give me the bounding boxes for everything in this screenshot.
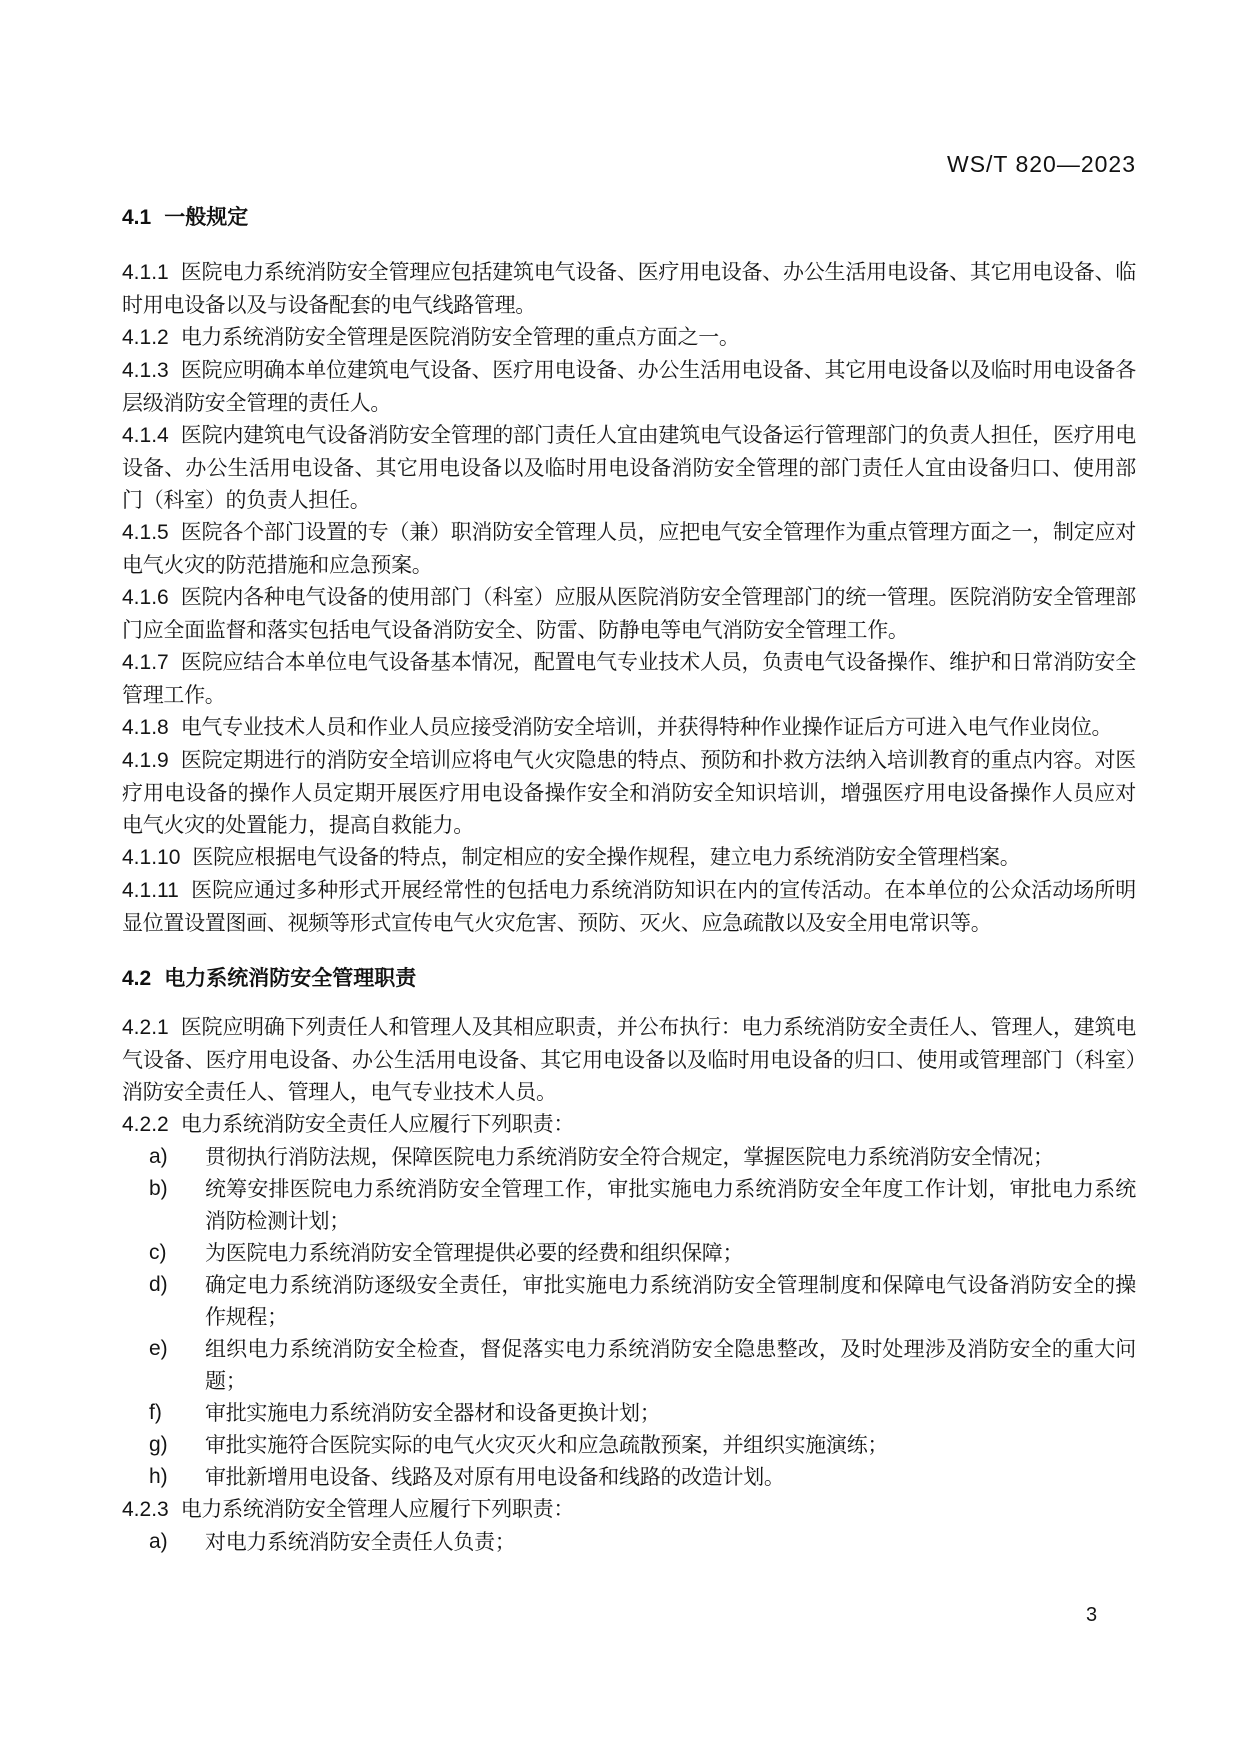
list-item-label: d) [122,1269,205,1333]
list-item-text: 组织电力系统消防安全检查，督促落实电力系统消防安全隐患整改，及时处理涉及消防安全… [205,1333,1136,1397]
clause-text: 医院各个部门设置的专（兼）职消防安全管理人员，应把电气安全管理作为重点管理方面之… [122,520,1136,577]
clause-text: 电力系统消防安全管理是医院消防安全管理的重点方面之一。 [181,325,740,349]
clause-number: 4.1.10 [122,846,180,869]
clause-number: 4.2.2 [122,1113,169,1136]
list-item-label: a) [122,1141,205,1173]
clause-4-1-3: 4.1.3医院应明确本单位建筑电气设备、医疗用电设备、办公生活用电设备、其它用电… [122,354,1136,419]
section-number: 4.2 [122,967,151,990]
list-item-text: 对电力系统消防安全责任人负责； [205,1526,1136,1558]
clause-4-2-2: 4.2.2电力系统消防安全责任人应履行下列职责： [122,1108,1136,1141]
clause-4-1-8: 4.1.8电气专业技术人员和作业人员应接受消防安全培训，并获得特种作业操作证后方… [122,711,1136,744]
section-heading-4-1: 4.1一般规定 [122,204,1136,232]
clause-4-1-11: 4.1.11医院应通过多种形式开展经常性的包括电力系统消防知识在内的宣传活动。在… [122,874,1136,939]
list-item-a: a)贯彻执行消防法规，保障医院电力系统消防安全符合规定，掌握医院电力系统消防安全… [122,1141,1136,1173]
list-item-e: e)组织电力系统消防安全检查，督促落实电力系统消防安全隐患整改，及时处理涉及消防… [122,1333,1136,1397]
clause-4-2-1: 4.2.1医院应明确下列责任人和管理人及其相应职责，并公布执行：电力系统消防安全… [122,1011,1136,1108]
clause-text: 医院应根据电气设备的特点，制定相应的安全操作规程，建立电力系统消防安全管理档案。 [192,845,1020,869]
list-item-b: b)统筹安排医院电力系统消防安全管理工作，审批实施电力系统消防安全年度工作计划，… [122,1173,1136,1237]
clause-text: 医院内各种电气设备的使用部门（科室）应服从医院消防安全管理部门的统一管理。医院消… [122,585,1136,642]
list-item-a2: a)对电力系统消防安全责任人负责； [122,1526,1136,1558]
list-item-label: b) [122,1173,205,1237]
clause-4-1-9: 4.1.9医院定期进行的消防安全培训应将电气火灾隐患的特点、预防和扑救方法纳入培… [122,744,1136,841]
clause-text: 医院内建筑电气设备消防安全管理的部门责任人宜由建筑电气设备运行管理部门的负责人担… [122,423,1136,512]
list-item-label: e) [122,1333,205,1397]
list-item-text: 确定电力系统消防逐级安全责任，审批实施电力系统消防安全管理制度和保障电气设备消防… [205,1269,1136,1333]
clause-number: 4.1.3 [122,359,169,382]
clause-number: 4.1.9 [122,749,169,772]
clause-number: 4.1.7 [122,651,169,674]
clause-number: 4.1.4 [122,424,169,447]
clause-text: 医院电力系统消防安全管理应包括建筑电气设备、医疗用电设备、办公生活用电设备、其它… [122,260,1136,317]
clause-text: 医院应结合本单位电气设备基本情况，配置电气专业技术人员，负责电气设备操作、维护和… [122,650,1136,707]
clause-number: 4.2.1 [122,1016,169,1039]
clause-text: 医院应明确下列责任人和管理人及其相应职责，并公布执行：电力系统消防安全责任人、管… [122,1015,1136,1104]
clause-text: 医院应通过多种形式开展经常性的包括电力系统消防知识在内的宣传活动。在本单位的公众… [122,878,1136,935]
clause-4-2-3: 4.2.3电力系统消防安全管理人应履行下列职责： [122,1493,1136,1526]
list-item-text: 审批实施符合医院实际的电气火灾灭火和应急疏散预案，并组织实施演练； [205,1429,1136,1461]
list-item-label: c) [122,1237,205,1269]
list-item-c: c)为医院电力系统消防安全管理提供必要的经费和组织保障； [122,1237,1136,1269]
list-item-label: h) [122,1461,205,1493]
list-item-label: a) [122,1526,205,1558]
clause-4-1-5: 4.1.5医院各个部门设置的专（兼）职消防安全管理人员，应把电气安全管理作为重点… [122,516,1136,581]
section-title: 电力系统消防安全管理职责 [164,967,416,990]
clause-number: 4.1.11 [122,879,179,902]
document-page: WS/T 820—2023 4.1一般规定 4.1.1医院电力系统消防安全管理应… [122,150,1136,1558]
page-number: 3 [1086,1604,1097,1627]
clause-text: 电力系统消防安全责任人应履行下列职责： [181,1112,574,1136]
list-item-text: 贯彻执行消防法规，保障医院电力系统消防安全符合规定，掌握医院电力系统消防安全情况… [205,1141,1136,1173]
section-heading-4-2: 4.2电力系统消防安全管理职责 [122,965,1136,993]
clause-text: 电力系统消防安全管理人应履行下列职责： [181,1497,574,1521]
clause-4-1-1: 4.1.1医院电力系统消防安全管理应包括建筑电气设备、医疗用电设备、办公生活用电… [122,256,1136,321]
clause-4-1-7: 4.1.7医院应结合本单位电气设备基本情况，配置电气专业技术人员，负责电气设备操… [122,646,1136,711]
list-item-text: 审批新增用电设备、线路及对原有用电设备和线路的改造计划。 [205,1461,1136,1493]
clause-text: 医院定期进行的消防安全培训应将电气火灾隐患的特点、预防和扑救方法纳入培训教育的重… [122,748,1136,837]
list-item-h: h)审批新增用电设备、线路及对原有用电设备和线路的改造计划。 [122,1461,1136,1493]
clause-4-1-2: 4.1.2电力系统消防安全管理是医院消防安全管理的重点方面之一。 [122,321,1136,354]
list-item-text: 统筹安排医院电力系统消防安全管理工作，审批实施电力系统消防安全年度工作计划，审批… [205,1173,1136,1237]
clause-4-1-4: 4.1.4医院内建筑电气设备消防安全管理的部门责任人宜由建筑电气设备运行管理部门… [122,419,1136,516]
clause-text: 医院应明确本单位建筑电气设备、医疗用电设备、办公生活用电设备、其它用电设备以及临… [122,358,1136,415]
clause-number: 4.1.6 [122,586,169,609]
list-item-f: f)审批实施电力系统消防安全器材和设备更换计划； [122,1397,1136,1429]
document-header: WS/T 820—2023 [122,150,1136,178]
section-title: 一般规定 [164,206,248,229]
list-item-g: g)审批实施符合医院实际的电气火灾灭火和应急疏散预案，并组织实施演练； [122,1429,1136,1461]
clause-text: 电气专业技术人员和作业人员应接受消防安全培训，并获得特种作业操作证后方可进入电气… [181,715,1113,739]
list-item-label: g) [122,1429,205,1461]
clause-4-1-6: 4.1.6医院内各种电气设备的使用部门（科室）应服从医院消防安全管理部门的统一管… [122,581,1136,646]
clause-number: 4.1.8 [122,716,169,739]
list-item-d: d)确定电力系统消防逐级安全责任，审批实施电力系统消防安全管理制度和保障电气设备… [122,1269,1136,1333]
clause-number: 4.2.3 [122,1498,169,1521]
standard-number: WS/T 820—2023 [947,151,1136,177]
clause-number: 4.1.5 [122,521,169,544]
clause-number: 4.1.2 [122,326,169,349]
clause-4-1-10: 4.1.10医院应根据电气设备的特点，制定相应的安全操作规程，建立电力系统消防安… [122,841,1136,874]
section-number: 4.1 [122,206,151,229]
list-item-text: 为医院电力系统消防安全管理提供必要的经费和组织保障； [205,1237,1136,1269]
clause-number: 4.1.1 [122,261,169,284]
list-item-label: f) [122,1397,205,1429]
list-item-text: 审批实施电力系统消防安全器材和设备更换计划； [205,1397,1136,1429]
